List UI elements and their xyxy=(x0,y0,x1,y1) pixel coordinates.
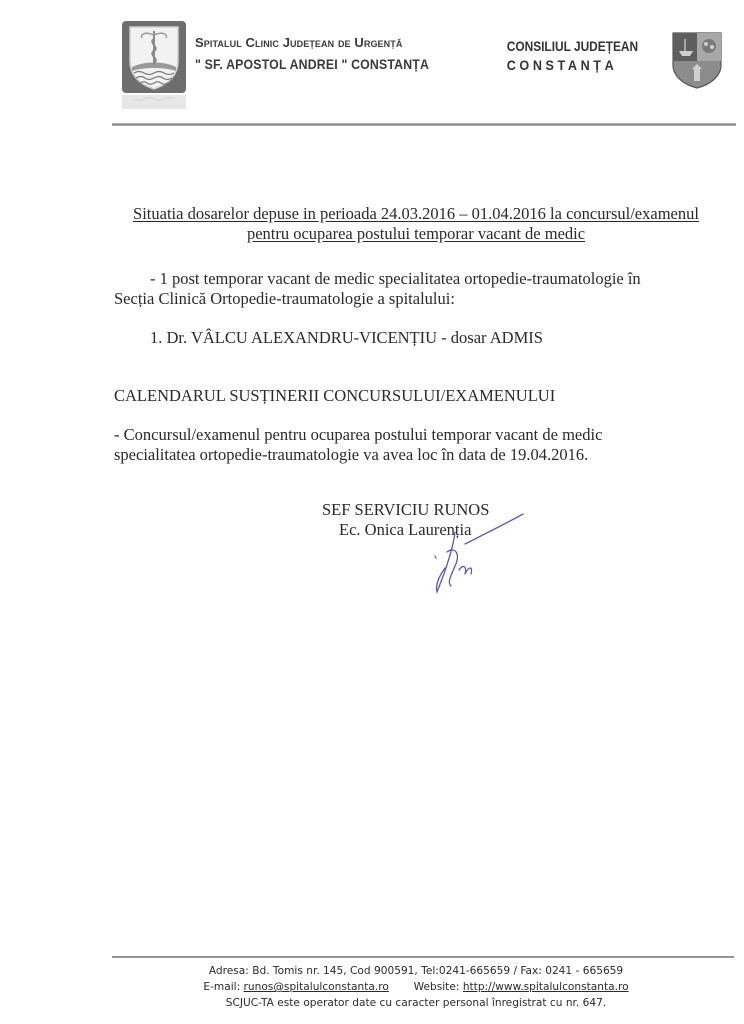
email-link[interactable]: runos@spitalulconstanta.ro xyxy=(244,981,389,993)
header-divider xyxy=(112,123,736,126)
handwritten-signature xyxy=(425,510,535,605)
document-title: Situatia dosarelor depuse in perioada 24… xyxy=(100,204,732,244)
website-label: Website: xyxy=(414,981,460,993)
candidate-list-item: 1. Dr. VÂLCU ALEXANDRU-VICENȚIU - dosar … xyxy=(150,328,543,348)
council-line1: CONSILIUL JUDEȚEAN xyxy=(507,38,618,54)
calendar-heading: CALENDARUL SUSȚINERII CONCURSULUI/EXAMEN… xyxy=(114,386,555,406)
post-description-line1: - 1 post temporar vacant de medic specia… xyxy=(150,269,641,289)
county-council-name: CONSILIUL JUDEȚEAN CONSTANȚA xyxy=(497,38,627,73)
footer-divider xyxy=(112,956,734,958)
footer-contacts-line: E-mail: runos@spitalulconstanta.ro Websi… xyxy=(100,979,732,995)
footer-registration: SCJUC-TA este operator date cu caracter … xyxy=(100,995,732,1011)
email-label: E-mail: xyxy=(203,981,240,993)
title-line2: pentru ocuparea postului temporar vacant… xyxy=(100,224,732,244)
logo-reflection xyxy=(122,95,186,109)
footer-address: Adresa: Bd. Tomis nr. 145, Cod 900591, T… xyxy=(100,963,732,979)
coat-of-arms-icon xyxy=(671,31,723,89)
calendar-line1: - Concursul/examenul pentru ocuparea pos… xyxy=(114,425,602,445)
footer-contact: Adresa: Bd. Tomis nr. 145, Cod 900591, T… xyxy=(100,963,732,1011)
hospital-name: Spitalul Clinic Județean de Urgență " SF… xyxy=(195,36,461,71)
hospital-name-line1: Spitalul Clinic Județean de Urgență xyxy=(195,36,461,49)
post-description-line2: Secția Clinică Ortopedie-traumatologie a… xyxy=(114,289,455,309)
calendar-line2: specialitatea ortopedie-traumatologie va… xyxy=(114,445,588,465)
council-line2: CONSTANȚA xyxy=(504,57,621,73)
hospital-name-line2: " SF. APOSTOL ANDREI " CONSTANȚA xyxy=(195,57,429,71)
website-link[interactable]: http://www.spitalulconstanta.ro xyxy=(463,981,629,993)
caduceus-shield-icon xyxy=(122,21,186,93)
title-line1: Situatia dosarelor depuse in perioada 24… xyxy=(100,204,732,224)
letterhead: Spitalul Clinic Județean de Urgență " SF… xyxy=(0,0,744,130)
